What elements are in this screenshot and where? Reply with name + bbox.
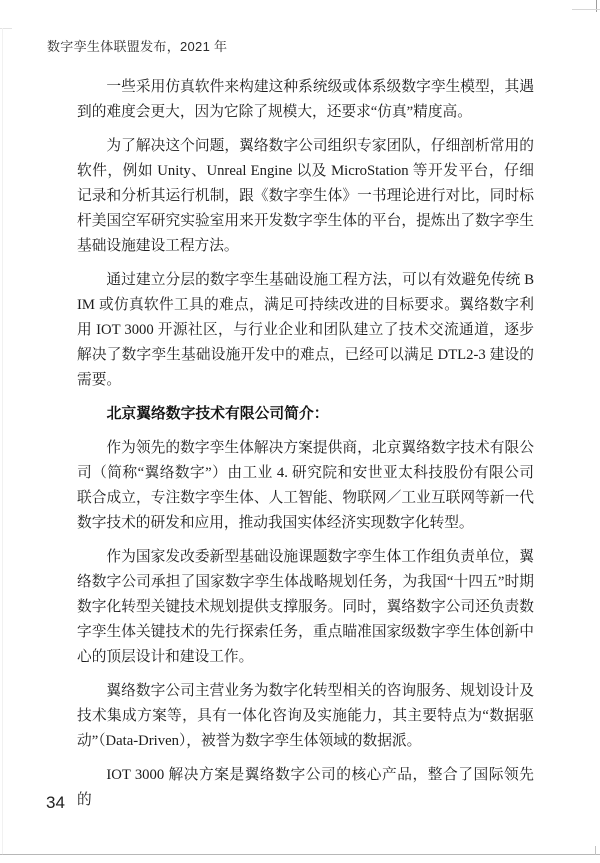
- page-edge-right-top: [596, 0, 597, 12]
- paragraph: 一些采用仿真软件来构建这种系统级或体系级数字孪生模型，其遇到的难度会更大，因为它…: [77, 75, 534, 125]
- scanned-document-page: 数字孪生体联盟发布，2021 年 一些采用仿真软件来构建这种系统级或体系级数字孪…: [0, 0, 600, 863]
- paragraph: IOT 3000 解决方案是翼络数字公司的核心产品，整合了国际领先的: [77, 763, 534, 813]
- paragraph: 通过建立分层的数字孪生基础设施工程方法，可以有效避免传统 BIM 或仿真软件工具…: [77, 268, 534, 393]
- paragraph: 翼络数字公司主营业务为数字化转型相关的咨询服务、规划设计及技术集成方案等，具有一…: [77, 679, 534, 754]
- page-corner-bottom-right: [595, 846, 596, 855]
- page-edge-left: [2, 28, 3, 854]
- paragraph: 为了解决这个问题，翼络数字公司组织专家团队，仔细剖析常用的软件，例如 Unity…: [77, 134, 534, 259]
- page-edge-bottom: [0, 854, 600, 855]
- page-corner-top-right: [572, 9, 600, 10]
- paragraph: 作为领先的数字孪生体解决方案提供商，北京翼络数字技术有限公司（简称“翼络数字”）…: [77, 436, 534, 536]
- section-heading: 北京翼络数字技术有限公司简介：: [77, 402, 534, 427]
- page-number: 34: [46, 793, 65, 813]
- document-body: 一些采用仿真软件来构建这种系统级或体系级数字孪生模型，其遇到的难度会更大，因为它…: [77, 75, 534, 822]
- paragraph: 作为国家发改委新型基础设施课题数字孪生体工作组负责单位，翼络数字公司承担了国家数…: [77, 545, 534, 670]
- running-header: 数字孪生体联盟发布，2021 年: [47, 36, 227, 55]
